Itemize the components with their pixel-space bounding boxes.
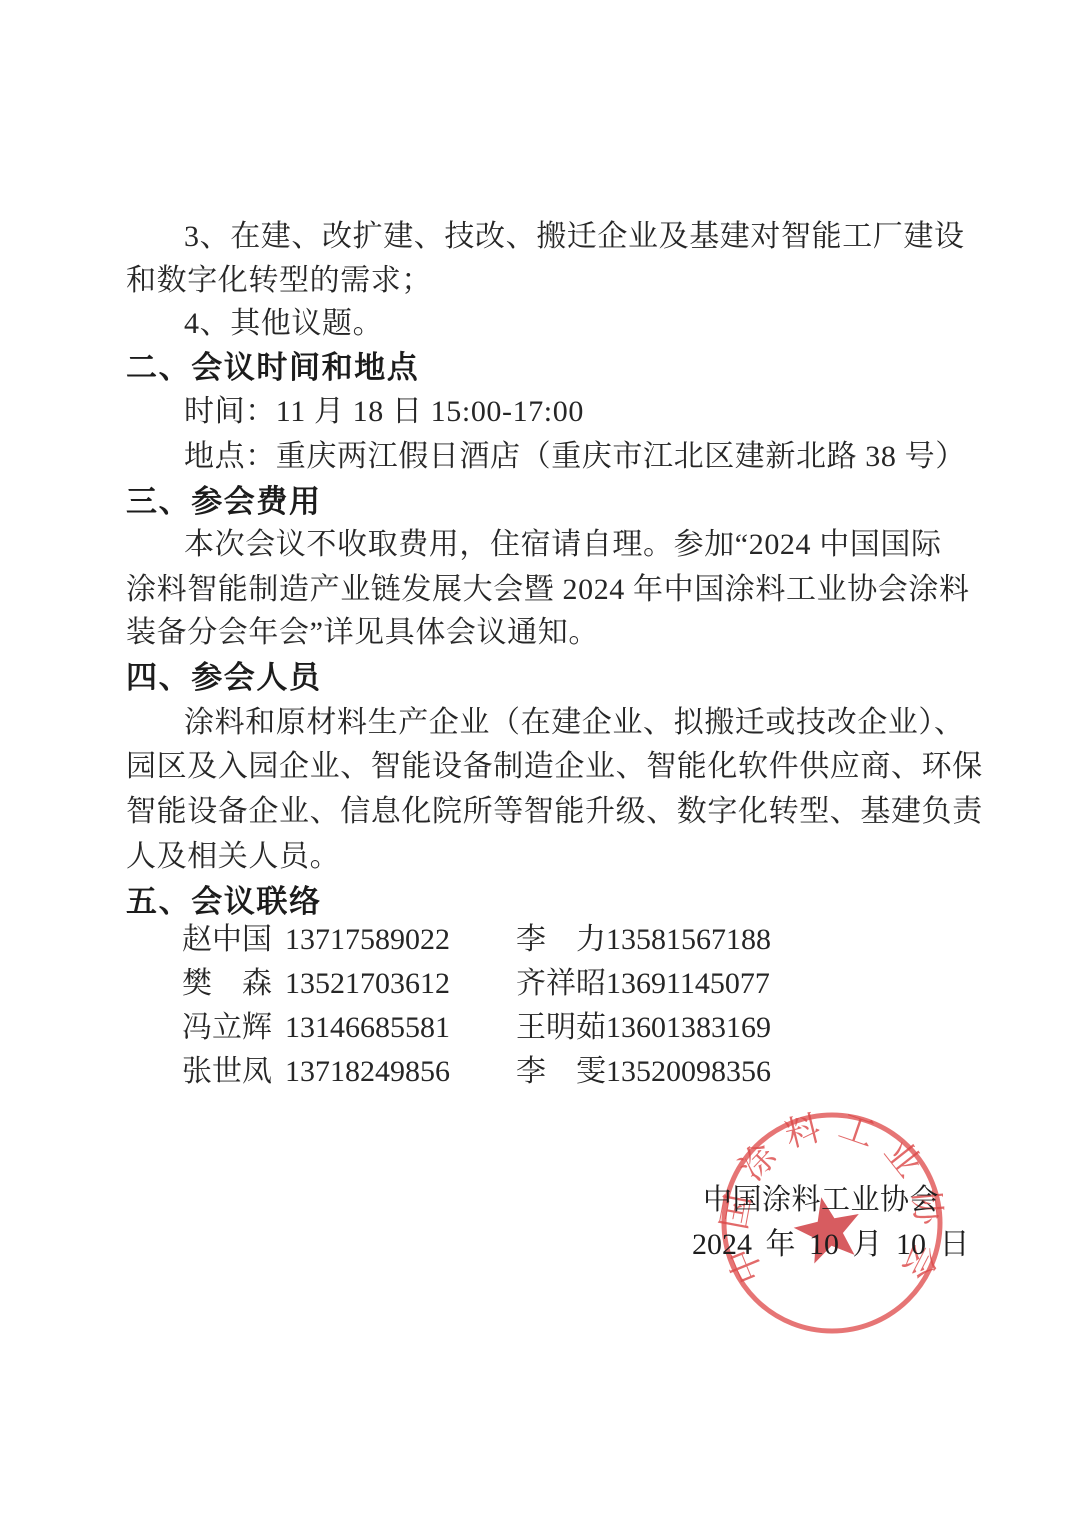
section-heading: 三、参会费用: [126, 480, 966, 524]
contact-row: 赵中国 13717589022 李 力 13581567188: [0, 918, 1080, 962]
body-line: 装备分会年会”详见具体会议通知。: [126, 611, 966, 655]
contact-name: 张世凤: [182, 1050, 272, 1094]
body-line: 人及相关人员。: [126, 835, 966, 879]
signature-date: 2024 年 10 月 10 日: [692, 1228, 970, 1262]
contact-row: 张世凤 13718249856 李 雯 13520098356: [0, 1050, 1080, 1094]
body-line: 涂料和原材料生产企业（在建企业、拟搬迁或技改企业）、: [126, 701, 1024, 745]
body-line: 和数字化转型的需求；: [126, 259, 966, 303]
contact-name: 樊 森: [182, 962, 272, 1006]
contact-row: 冯立辉 13146685581 王明茹 13601383169: [0, 1006, 1080, 1050]
signature-org: 中国涂料工业协会: [703, 1183, 939, 1217]
body-line: 园区及入园企业、智能设备制造企业、智能化软件供应商、环保: [126, 745, 966, 789]
body-line: 时间：11 月 18 日 15:00-17:00: [126, 390, 1024, 434]
official-seal: 中国涂料工业协会: [710, 1102, 954, 1348]
section-heading: 四、参会人员: [126, 656, 966, 700]
contact-phone: 13601383169: [606, 1006, 771, 1050]
contact-phone: 13691145077: [606, 962, 770, 1006]
body-line: 3、在建、改扩建、技改、搬迁企业及基建对智能工厂建设: [126, 215, 1024, 259]
contact-name: 王明茹: [516, 1006, 606, 1050]
contact-phone: 13146685581: [285, 1006, 450, 1050]
contact-row: 樊 森 13521703612 齐祥昭 13691145077: [0, 962, 1080, 1006]
contact-phone: 13718249856: [285, 1050, 450, 1094]
body-line: 4、其他议题。: [126, 302, 1024, 346]
section-heading: 二、会议时间和地点: [126, 346, 966, 390]
body-line: 本次会议不收取费用，住宿请自理。参加“2024 中国国际: [126, 523, 1024, 567]
contact-phone: 13521703612: [285, 962, 450, 1006]
contact-phone: 13581567188: [606, 918, 771, 962]
contact-name: 李 力: [516, 918, 606, 962]
body-line: 智能设备企业、信息化院所等智能升级、数字化转型、基建负责: [126, 790, 966, 834]
contact-phone: 13520098356: [606, 1050, 771, 1094]
body-line: 涂料智能制造产业链发展大会暨 2024 年中国涂料工业协会涂料: [126, 568, 966, 612]
body-line: 地点：重庆两江假日酒店（重庆市江北区建新北路 38 号）: [126, 435, 1024, 479]
contact-name: 李 雯: [516, 1050, 606, 1094]
contact-name: 赵中国: [182, 918, 272, 962]
contact-name: 冯立辉: [182, 1006, 272, 1050]
contact-phone: 13717589022: [285, 918, 450, 962]
document-page: 3、在建、改扩建、技改、搬迁企业及基建对智能工厂建设 和数字化转型的需求； 4、…: [0, 0, 1080, 1527]
contact-name: 齐祥昭: [516, 962, 606, 1006]
